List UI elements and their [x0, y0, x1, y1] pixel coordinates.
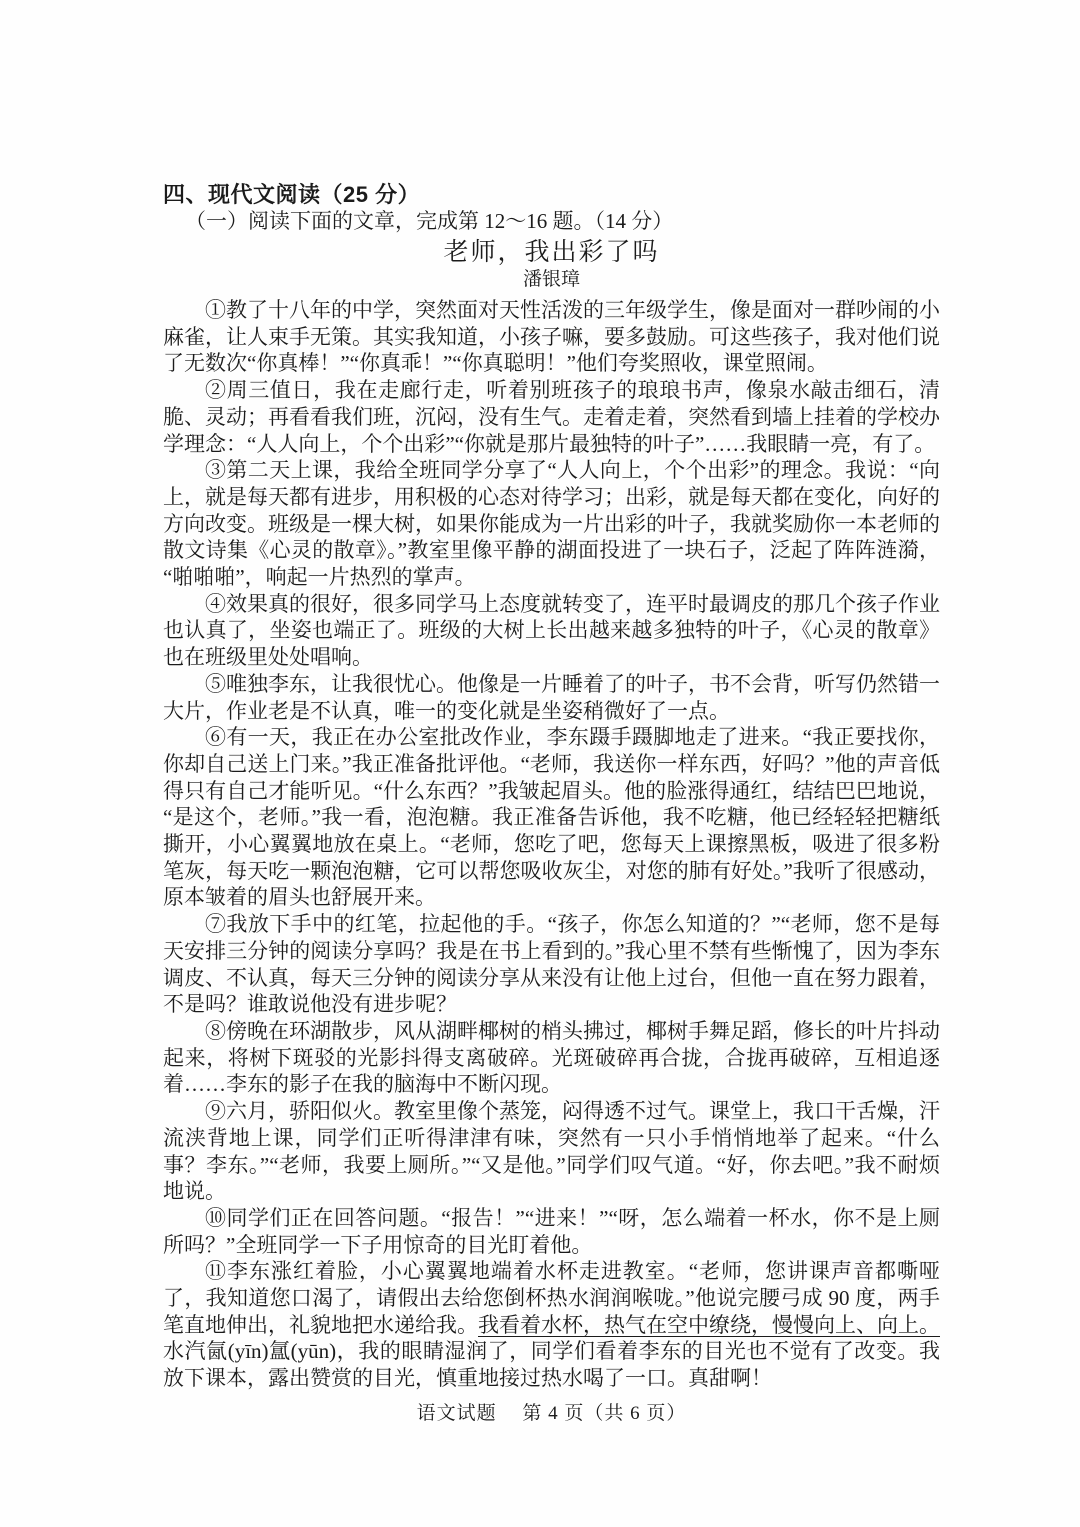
exam-paper-page: 四、现代文阅读（25 分） （一）阅读下面的文章，完成第 12～16 题。（14…	[0, 0, 1080, 1527]
paragraph-text: ⑧傍晚在环湖散步，风从湖畔椰树的梢头拂过，椰树手舞足蹈，修长的叶片抖动起来，将树…	[163, 1019, 940, 1096]
paragraph-text: ③第二天上课，我给全班同学分享了“人人向上，个个出彩”的理念。我说：“向上，就是…	[163, 458, 940, 589]
paragraph-text: ⑥有一天，我正在办公室批改作业，李东蹑手蹑脚地走了进来。“我正要找你，你却自己送…	[163, 725, 940, 909]
article-paragraph: ⑪李东涨红着脸，小心翼翼地端着水杯走进教室。“老师，您讲课声音都嘶哑了，我知道您…	[163, 1258, 940, 1392]
article-paragraph: ⑩同学们正在回答问题。“报告！”“进来！”“呀，怎么端着一杯水，你不是上厕所吗？…	[163, 1205, 940, 1258]
paragraph-text: ⑨六月，骄阳似火。教室里像个蒸笼，闷得透不过气。课堂上，我口干舌燥，汗流浃背地上…	[163, 1099, 940, 1203]
paragraph-text: 水汽氤(yīn)氲(yūn)，我的眼睛湿润了，同学们看着李东的目光也不觉有了改变…	[163, 1339, 940, 1390]
paragraph-text: ⑦我放下手中的红笔，拉起他的手。“孩子，你怎么知道的？”“老师，您不是每天安排三…	[163, 912, 940, 1016]
article-paragraph: ⑥有一天，我正在办公室批改作业，李东蹑手蹑脚地走了进来。“我正要找你，你却自己送…	[163, 724, 940, 911]
article-paragraph: ⑦我放下手中的红笔，拉起他的手。“孩子，你怎么知道的？”“老师，您不是每天安排三…	[163, 911, 940, 1018]
article-title: 老师，我出彩了吗	[163, 238, 940, 267]
underlined-sentence: 我看着水杯，热气在空中缭绕，慢慢向上、向上。	[478, 1313, 940, 1337]
page-content: 四、现代文阅读（25 分） （一）阅读下面的文章，完成第 12～16 题。（14…	[163, 181, 940, 1426]
page-footer: 语文试题 第 4 页（共 6 页）	[163, 1401, 940, 1426]
article-paragraph: ④效果真的很好，很多同学马上态度就转变了，连平时最调皮的那几个孩子作业也认真了，…	[163, 591, 940, 671]
article-paragraph: ⑨六月，骄阳似火。教室里像个蒸笼，闷得透不过气。课堂上，我口干舌燥，汗流浃背地上…	[163, 1098, 940, 1205]
article-body: ①教了十八年的中学，突然面对天性活泼的三年级学生，像是面对一群吵闹的小麻雀，让人…	[163, 297, 940, 1392]
paragraph-text: ⑩同学们正在回答问题。“报告！”“进来！”“呀，怎么端着一杯水，你不是上厕所吗？…	[163, 1206, 940, 1257]
article-paragraph: ⑧傍晚在环湖散步，风从湖畔椰树的梢头拂过，椰树手舞足蹈，修长的叶片抖动起来，将树…	[163, 1018, 940, 1098]
article-paragraph: ②周三值日，我在走廊行走，听着别班孩子的琅琅书声，像泉水敲击细石，清脆、灵动；再…	[163, 377, 940, 457]
article-author: 潘银璋	[163, 267, 940, 292]
section-heading: 四、现代文阅读（25 分）	[163, 181, 940, 208]
paragraph-text: ④效果真的很好，很多同学马上态度就转变了，连平时最调皮的那几个孩子作业也认真了，…	[163, 592, 940, 669]
article-paragraph: ⑤唯独李东，让我很忧心。他像是一片睡着了的叶子，书不会背，听写仍然错一大片，作业…	[163, 671, 940, 724]
subsection-instruction: （一）阅读下面的文章，完成第 12～16 题。（14 分）	[163, 208, 940, 235]
paragraph-text: ②周三值日，我在走廊行走，听着别班孩子的琅琅书声，像泉水敲击细石，清脆、灵动；再…	[163, 378, 940, 455]
article-paragraph: ③第二天上课，我给全班同学分享了“人人向上，个个出彩”的理念。我说：“向上，就是…	[163, 457, 940, 591]
article-paragraph: ①教了十八年的中学，突然面对天性活泼的三年级学生，像是面对一群吵闹的小麻雀，让人…	[163, 297, 940, 377]
paragraph-text: ①教了十八年的中学，突然面对天性活泼的三年级学生，像是面对一群吵闹的小麻雀，让人…	[163, 298, 940, 375]
paragraph-text: ⑤唯独李东，让我很忧心。他像是一片睡着了的叶子，书不会背，听写仍然错一大片，作业…	[163, 672, 940, 723]
